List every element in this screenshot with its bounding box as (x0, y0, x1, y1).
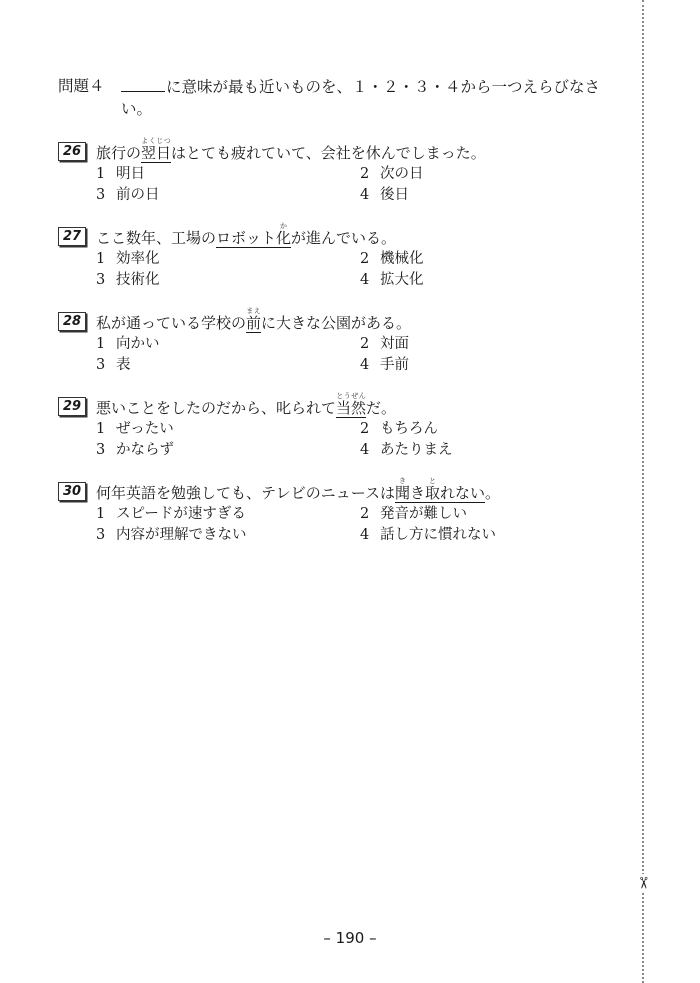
option-2[interactable]: 2もちろん (360, 419, 560, 440)
option-2[interactable]: 2対面 (360, 334, 560, 355)
option-4[interactable]: 4手前 (360, 355, 560, 376)
question-27: 27 ここ数年、工場のロボット化かが進んでいる。 1効率化 2機械化 3技術化 … (58, 213, 618, 291)
question-30: 30 何年英語を勉強しても、テレビのニュースは聞きき取とれない。 1スピードが速… (58, 468, 618, 546)
option-4[interactable]: 4拡大化 (360, 270, 560, 291)
underlined-target: 当然とうぜん (336, 399, 366, 418)
option-1[interactable]: 1向かい (96, 334, 360, 355)
option-4[interactable]: 4後日 (360, 185, 560, 206)
option-4[interactable]: 4話し方に慣れない (360, 525, 560, 546)
option-4[interactable]: 4あたりまえ (360, 440, 560, 461)
option-1[interactable]: 1効率化 (96, 249, 360, 270)
question-number: 27 (58, 227, 86, 246)
question-sentence: 悪いことをしたのだから、叱られて当然とうぜんだ。 (96, 392, 396, 419)
underlined-target: ロボット化か (216, 229, 291, 248)
option-1[interactable]: 1明日 (96, 164, 360, 185)
question-number: 28 (58, 312, 86, 331)
option-1[interactable]: 1スピードが速すぎる (96, 504, 360, 525)
options: 1スピードが速すぎる 2発音が難しい 3内容が理解できない 4話し方に慣れない (96, 504, 618, 546)
question-number: 26 (58, 142, 86, 161)
question-number: 29 (58, 397, 86, 416)
question-sentence: 旅行の翌日よくじつはとても疲れていて、会社を休んでしまった。 (96, 137, 486, 164)
options: 1明日 2次の日 3前の日 4後日 (96, 164, 618, 206)
question-sentence: 私が通っている学校の前まえに大きな公園がある。 (96, 307, 411, 334)
scissors-icon: ✂ (632, 874, 654, 892)
options: 1ぜったい 2もちろん 3かならず 4あたりまえ (96, 419, 618, 461)
option-2[interactable]: 2次の日 (360, 164, 560, 185)
instruction-text: に意味が最も近いものを、１・２・３・４から一つえらびなさい。 (121, 75, 628, 120)
options: 1向かい 2対面 3表 4手前 (96, 334, 618, 376)
option-3[interactable]: 3表 (96, 355, 360, 376)
option-3[interactable]: 3前の日 (96, 185, 360, 206)
instruction: 問題４ に意味が最も近いものを、１・２・３・４から一つえらびなさい。 (58, 75, 628, 120)
option-2[interactable]: 2機械化 (360, 249, 560, 270)
question-29: 29 悪いことをしたのだから、叱られて当然とうぜんだ。 1ぜったい 2もちろん … (58, 383, 618, 461)
option-3[interactable]: 3技術化 (96, 270, 360, 291)
question-28: 28 私が通っている学校の前まえに大きな公園がある。 1向かい 2対面 3表 4… (58, 298, 618, 376)
question-number: 30 (58, 482, 86, 501)
page-number: – 190 – (0, 929, 700, 947)
blank-line (121, 75, 165, 92)
underlined-target: 聞きき取とれない (395, 484, 485, 503)
option-3[interactable]: 3かならず (96, 440, 360, 461)
problem-label: 問題４ (58, 75, 121, 120)
underlined-target: 翌日よくじつ (141, 144, 171, 163)
question-sentence: ここ数年、工場のロボット化かが進んでいる。 (96, 222, 396, 249)
question-26: 26 旅行の翌日よくじつはとても疲れていて、会社を休んでしまった。 1明日 2次… (58, 128, 618, 206)
option-1[interactable]: 1ぜったい (96, 419, 360, 440)
option-2[interactable]: 2発音が難しい (360, 504, 560, 525)
cut-line (642, 0, 644, 983)
underlined-target: 前まえ (246, 314, 261, 333)
option-3[interactable]: 3内容が理解できない (96, 525, 360, 546)
question-sentence: 何年英語を勉強しても、テレビのニュースは聞きき取とれない。 (96, 477, 500, 504)
options: 1効率化 2機械化 3技術化 4拡大化 (96, 249, 618, 291)
